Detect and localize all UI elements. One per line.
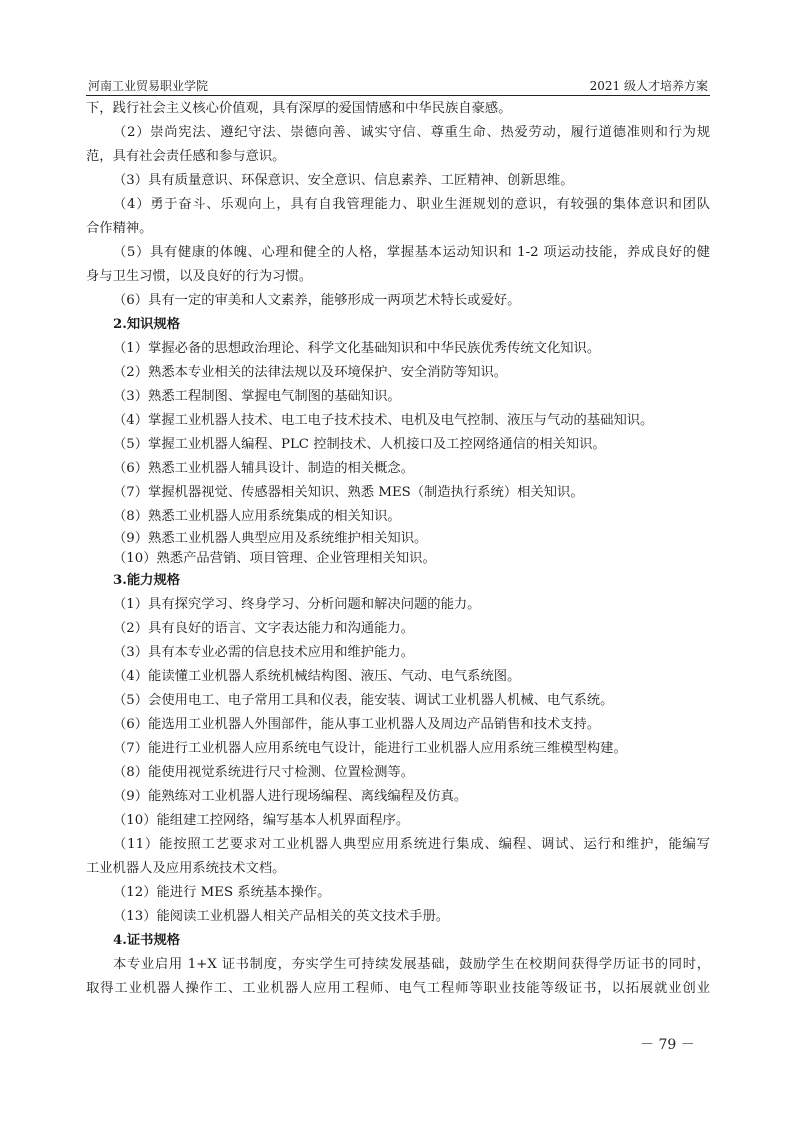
ability-item-12: （12）能进行 MES 系统基本操作。 — [86, 881, 710, 905]
section-heading-ability: 3.能力规格 — [86, 569, 710, 593]
knowledge-item: （4）掌握工业机器人技术、电工电子技术技术、电机及电气控制、液压与气动的基础知识… — [86, 409, 710, 433]
quality-item-4: （4）勇于奋斗、乐观向上，具有自我管理能力、职业生涯规划的意识，有较强的集体意识… — [86, 193, 710, 217]
quality-item-5: （5）具有健康的体魄、心理和健全的人格，掌握基本运动知识和 1-2 项运动技能，… — [86, 241, 710, 265]
ability-item: （1）具有探究学习、终身学习、分析问题和解决问题的能力。 — [86, 593, 710, 617]
ability-item: （2）具有良好的语言、文字表达能力和沟通能力。 — [86, 617, 710, 641]
ability-item: （3）具有本专业必需的信息技术应用和维护能力。 — [86, 641, 710, 665]
section-heading-certificate: 4.证书规格 — [86, 929, 710, 953]
knowledge-item: （8）熟悉工业机器人应用系统集成的相关知识。 — [86, 505, 710, 529]
knowledge-item: （2）熟悉本专业相关的法律法规以及环境保护、安全消防等知识。 — [86, 361, 710, 385]
page-body: 下，践行社会主义核心价值观，具有深厚的爱国情感和中华民族自豪感。 （2）崇尚宪法… — [86, 97, 710, 1001]
page-header: 河南工业贸易职业学院 2021 级人才培养方案 — [86, 75, 710, 96]
header-doc-title: 2021 级人才培养方案 — [590, 77, 708, 94]
ability-item: （10）能组建工控网络，编写基本人机界面程序。 — [86, 809, 710, 833]
ability-item: （9）能熟练对工业机器人进行现场编程、离线编程及仿真。 — [86, 785, 710, 809]
knowledge-item: （10）熟悉产品营销、项目管理、企业管理相关知识。 — [86, 549, 710, 569]
header-institution: 河南工业贸易职业学院 — [88, 77, 208, 94]
knowledge-item: （3）熟悉工程制图、掌握电气制图的基础知识。 — [86, 385, 710, 409]
paragraph-line: 下，践行社会主义核心价值观，具有深厚的爱国情感和中华民族自豪感。 — [86, 97, 710, 121]
certificate-paragraph: 本专业启用 1+X 证书制度，夯实学生可持续发展基础，鼓励学生在校期间获得学历证… — [86, 953, 710, 977]
ability-item-11-cont: 工业机器人及应用系统技术文档。 — [86, 857, 710, 881]
ability-item: （4）能读懂工业机器人系统机械结构图、液压、气动、电气系统图。 — [86, 665, 710, 689]
section-heading-knowledge: 2.知识规格 — [86, 313, 710, 337]
knowledge-item: （7）掌握机器视觉、传感器相关知识、熟悉 MES（制造执行系统）相关知识。 — [86, 481, 710, 505]
quality-item-3: （3）具有质量意识、环保意识、安全意识、信息素养、工匠精神、创新思维。 — [86, 169, 710, 193]
ability-item: （5）会使用电工、电子常用工具和仪表，能安装、调试工业机器人机械、电气系统。 — [86, 689, 710, 713]
certificate-paragraph-cont: 取得工业机器人操作工、工业机器人应用工程师、电气工程师等职业技能等级证书，以拓展… — [86, 977, 710, 1001]
knowledge-item: （1）掌握必备的思想政治理论、科学文化基础知识和中华民族优秀传统文化知识。 — [86, 337, 710, 361]
ability-item: （8）能使用视觉系统进行尺寸检测、位置检测等。 — [86, 761, 710, 785]
ability-item: （7）能进行工业机器人应用系统电气设计，能进行工业机器人应用系统三维模型构建。 — [86, 737, 710, 761]
page-number: － 79 － — [640, 1034, 695, 1054]
knowledge-item: （6）熟悉工业机器人辅具设计、制造的相关概念。 — [86, 457, 710, 481]
ability-item-11: （11）能按照工艺要求对工业机器人典型应用系统进行集成、编程、调试、运行和维护，… — [86, 833, 710, 857]
quality-item-2: （2）崇尚宪法、遵纪守法、崇德向善、诚实守信、尊重生命、热爱劳动，履行道德准则和… — [86, 121, 710, 145]
knowledge-item: （9）熟悉工业机器人典型应用及系统维护相关知识。 — [86, 529, 710, 549]
ability-item: （6）能选用工业机器人外围部件，能从事工业机器人及周边产品销售和技术支持。 — [86, 713, 710, 737]
knowledge-item: （5）掌握工业机器人编程、PLC 控制技术、人机接口及工控网络通信的相关知识。 — [86, 433, 710, 457]
quality-item-2-cont: 范，具有社会责任感和参与意识。 — [86, 145, 710, 169]
quality-item-6: （6）具有一定的审美和人文素养，能够形成一两项艺术特长或爱好。 — [86, 289, 710, 313]
quality-item-4-cont: 合作精神。 — [86, 217, 710, 241]
quality-item-5-cont: 身与卫生习惯，以及良好的行为习惯。 — [86, 265, 710, 289]
ability-item-13: （13）能阅读工业机器人相关产品相关的英文技术手册。 — [86, 905, 710, 929]
